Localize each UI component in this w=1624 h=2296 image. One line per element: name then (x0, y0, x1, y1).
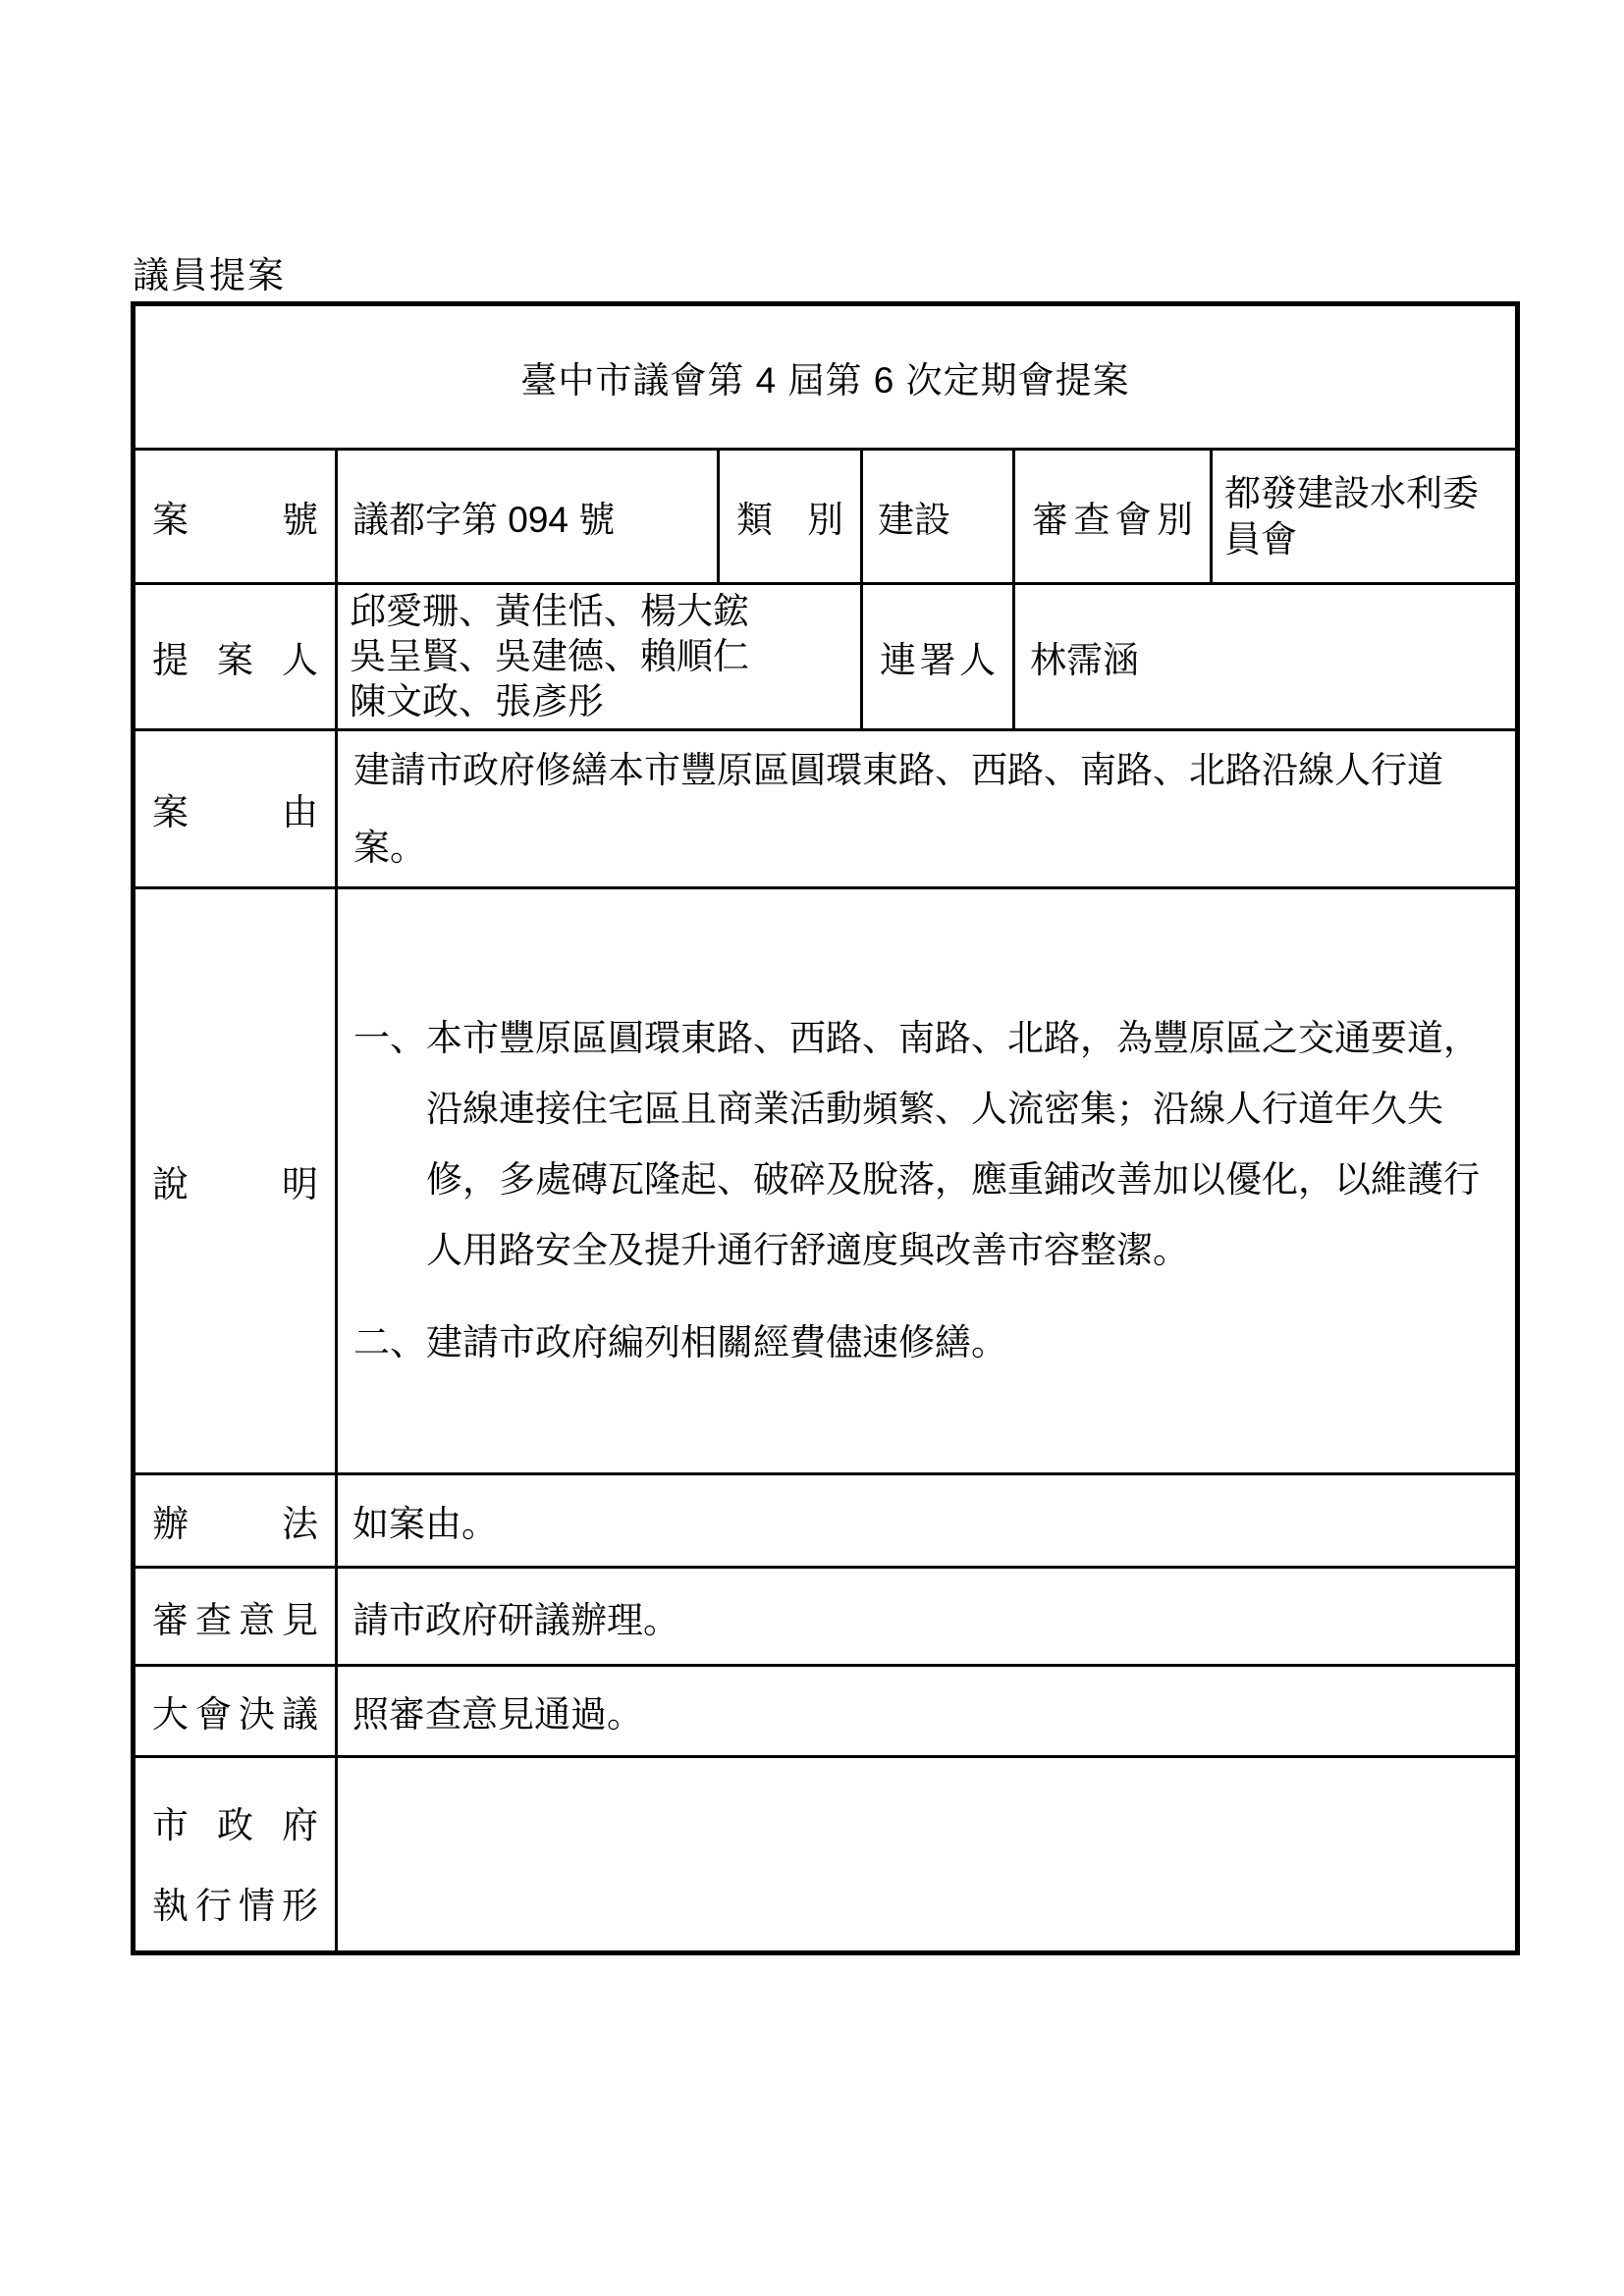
title-row: 臺中市議會第 4 屆第 6 次定期會提案 (134, 304, 1518, 450)
case-info-row: 案號 議都字第 094 號 類別 建設 審查會別 都發建設水利委員會 (134, 450, 1518, 584)
subject-row: 案由 建請市政府修繕本市豐原區圓環東路、西路、南路、北路沿線人行道案。 (134, 730, 1518, 888)
proposer-row: 提案人 邱愛珊、黃佳恬、楊大鋐 吳呈賢、吳建德、賴順仁 陳文政、張彥彤 連署人 … (134, 584, 1518, 730)
method-row: 辦法 如案由。 (134, 1474, 1518, 1568)
document-page: 議員提案 臺中市議會第 4 屆第 6 次定期會提案 案號 議都字第 094 號 … (0, 0, 1624, 2296)
cosigner-label: 連署人 (880, 630, 996, 683)
proposer-name-line: 陳文政、張彥彤 (350, 679, 848, 724)
case-number-value: 議都字第 094 號 (337, 450, 719, 584)
category-value: 建設 (862, 450, 1014, 584)
review-committee-label-cell: 審查會別 (1014, 450, 1212, 584)
proposal-title: 臺中市議會第 4 屆第 6 次定期會提案 (134, 304, 1518, 450)
execution-row: 市政府 執行情形 (134, 1757, 1518, 1953)
explanation-row: 說明 一、本市豐原區圓環東路、西路、南路、北路，為豐原區之交通要道，沿線連接住宅… (134, 888, 1518, 1474)
explanation-content: 一、本市豐原區圓環東路、西路、南路、北路，為豐原區之交通要道，沿線連接住宅區且商… (337, 888, 1518, 1474)
subject-label-cell: 案由 (134, 730, 337, 888)
review-committee-label: 審查會別 (1032, 490, 1193, 543)
explanation-label-cell: 說明 (134, 888, 337, 1474)
resolution-label: 大會決議 (152, 1684, 318, 1737)
explanation-item-2: 二、建請市政府編列相關經費儘速修繕。 (353, 1308, 1499, 1378)
document-type-label: 議員提案 (133, 245, 286, 298)
case-number-label: 案號 (152, 490, 318, 543)
cosigner-value: 林霈涵 (1014, 584, 1518, 730)
method-label: 辦法 (152, 1494, 318, 1547)
resolution-label-cell: 大會決議 (134, 1666, 337, 1757)
review-opinion-row: 審查意見 請市政府研議辦理。 (134, 1568, 1518, 1666)
method-label-cell: 辦法 (134, 1474, 337, 1568)
proposer-label-cell: 提案人 (134, 584, 337, 730)
resolution-row: 大會決議 照審查意見通過。 (134, 1666, 1518, 1757)
explanation-item-1: 一、本市豐原區圓環東路、西路、南路、北路，為豐原區之交通要道，沿線連接住宅區且商… (353, 1003, 1499, 1286)
review-committee-value: 都發建設水利委員會 (1212, 450, 1518, 584)
proposer-name-line: 邱愛珊、黃佳恬、楊大鋐 (350, 589, 848, 634)
review-opinion-label-cell: 審查意見 (134, 1568, 337, 1666)
review-opinion-label: 審查意見 (152, 1590, 318, 1643)
proposal-table: 臺中市議會第 4 屆第 6 次定期會提案 案號 議都字第 094 號 類別 建設… (131, 301, 1520, 1955)
execution-label: 市政府 執行情形 (152, 1758, 318, 1950)
proposer-name-line: 吳呈賢、吳建德、賴順仁 (350, 634, 848, 679)
execution-label-line1: 市政府 (152, 1795, 318, 1848)
execution-value-empty (337, 1757, 1518, 1953)
category-label: 類別 (736, 490, 843, 543)
cosigner-label-cell: 連署人 (862, 584, 1014, 730)
execution-label-cell: 市政府 執行情形 (134, 1757, 337, 1953)
method-value: 如案由。 (337, 1474, 1518, 1568)
subject-value: 建請市政府修繕本市豐原區圓環東路、西路、南路、北路沿線人行道案。 (337, 730, 1518, 888)
explanation-label: 說明 (152, 1154, 318, 1207)
review-opinion-value: 請市政府研議辦理。 (337, 1568, 1518, 1666)
proposer-names: 邱愛珊、黃佳恬、楊大鋐 吳呈賢、吳建德、賴順仁 陳文政、張彥彤 (337, 584, 862, 730)
category-label-cell: 類別 (719, 450, 862, 584)
subject-label: 案由 (152, 782, 318, 835)
case-number-label-cell: 案號 (134, 450, 337, 584)
proposer-label: 提案人 (152, 630, 318, 683)
resolution-value: 照審查意見通過。 (337, 1666, 1518, 1757)
execution-label-line2: 執行情形 (152, 1876, 318, 1929)
